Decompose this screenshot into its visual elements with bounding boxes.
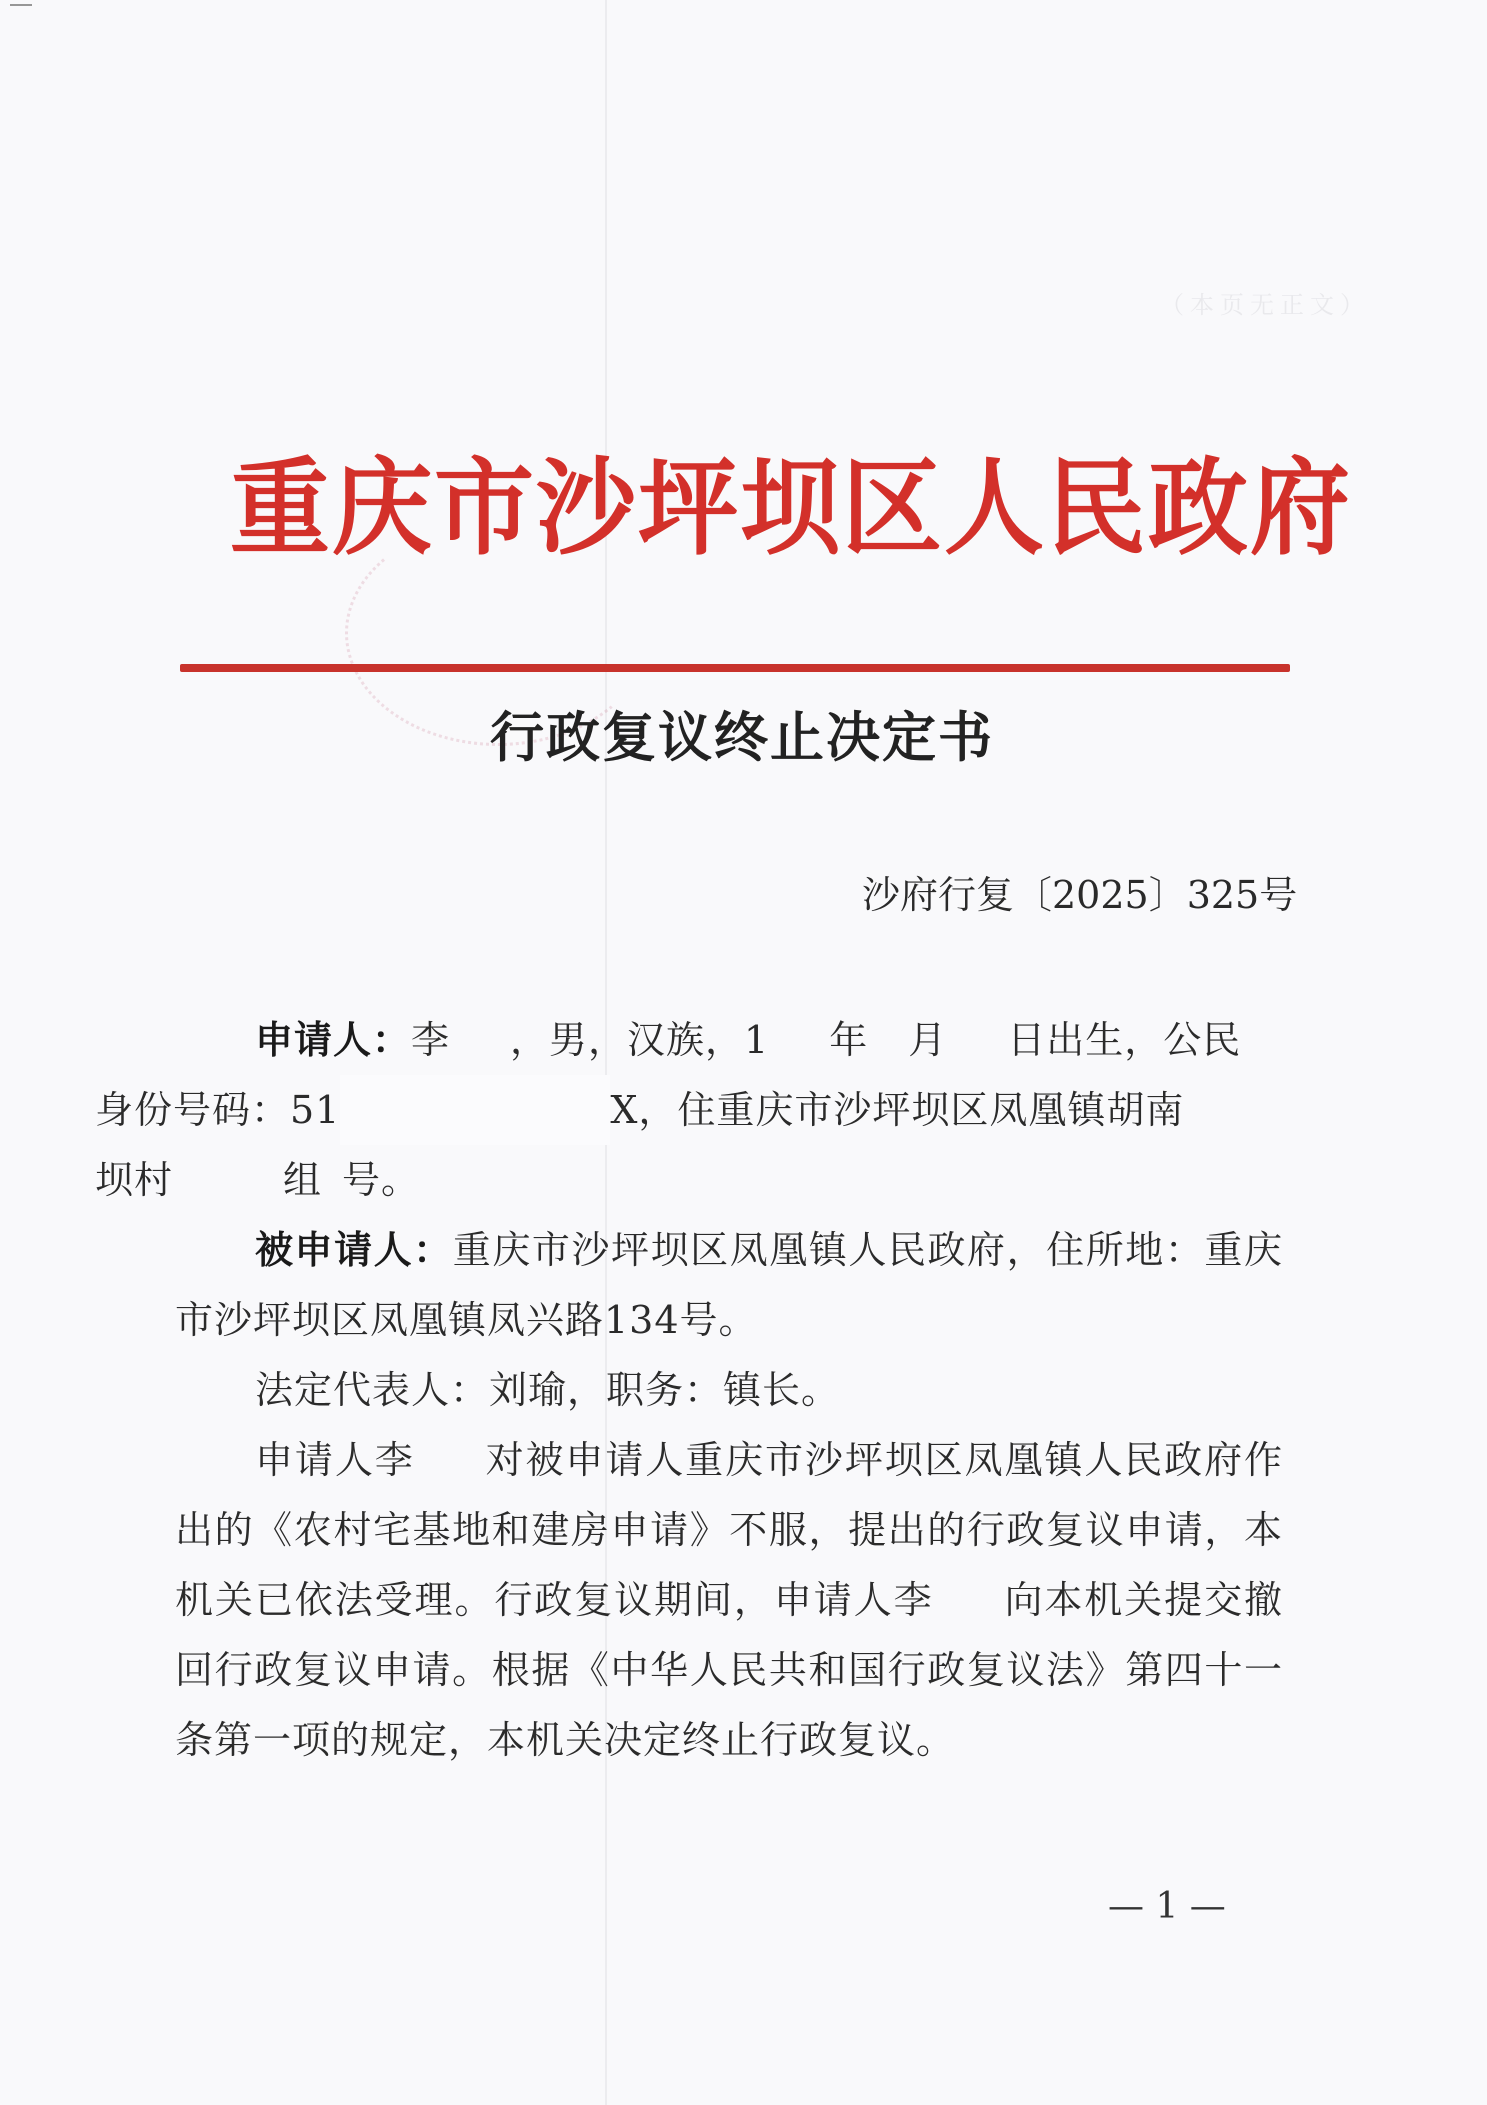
legal-representative: 法定代表人：刘瑜，职务：镇长。 — [175, 1355, 1283, 1425]
applicant-section: 申请人：李，男，汉族，1年月日出生，公民身份号码：51 X，住重庆市沙坪坝区凤凰… — [175, 1005, 1283, 1215]
address-group: 组 — [283, 1158, 322, 1202]
address-village: 坝村 — [95, 1158, 173, 1202]
respondent-label: 被申请人： — [255, 1228, 453, 1272]
scan-edge-mark — [10, 4, 32, 6]
birth-month: 月 — [908, 1018, 947, 1062]
birth-year-suffix: 年 — [829, 1018, 868, 1062]
issuer-title: 重庆市沙坪坝区人民政府 — [230, 445, 1240, 571]
birth-day-suffix: 日出生，公民 — [1007, 1018, 1241, 1062]
respondent-paragraph: 被申请人：重庆市沙坪坝区凤凰镇人民政府，住所地：重庆市沙坪坝区凤凰镇凤兴路134… — [175, 1215, 1283, 1355]
id-suffix-address: X，住重庆市沙坪坝区凤凰镇胡南 — [610, 1088, 1184, 1132]
address-number: 号。 — [342, 1158, 420, 1202]
applicant-label: 申请人： — [255, 1018, 411, 1062]
red-header-rule — [180, 664, 1290, 672]
applicant-surname: 李 — [411, 1018, 450, 1062]
page-number: — 1 — — [1108, 1886, 1226, 1927]
id-label: 身份号码：51 — [95, 1088, 340, 1132]
decision-paragraph: 申请人李对被申请人重庆市沙坪坝区凤凰镇人民政府作出的《农村宅基地和建房申请》不服… — [175, 1425, 1283, 1775]
document-type-title: 行政复议终止决定书 — [490, 705, 980, 769]
respondent-section: 被申请人：重庆市沙坪坝区凤凰镇人民政府，住所地：重庆市沙坪坝区凤凰镇凤兴路134… — [175, 1215, 1283, 1425]
decision-section: 申请人李对被申请人重庆市沙坪坝区凤凰镇人民政府作出的《农村宅基地和建房申请》不服… — [175, 1425, 1283, 1775]
applicant-paragraph: 申请人：李，男，汉族，1年月日出生，公民身份号码：51 X，住重庆市沙坪坝区凤凰… — [175, 1005, 1283, 1215]
bleed-through-text: （本页无正文） — [1160, 285, 1370, 320]
document-number: 沙府行复〔2025〕325号 — [862, 870, 1297, 920]
document-page: （本页无正文） 重庆市沙坪坝区人民政府 行政复议终止决定书 沙府行复〔2025〕… — [0, 0, 1487, 2105]
applicant-gender-ethnicity: ，男，汉族，1 — [510, 1018, 769, 1062]
redacted-id — [340, 1075, 610, 1145]
decision-applicant: 申请人李 — [255, 1438, 415, 1482]
